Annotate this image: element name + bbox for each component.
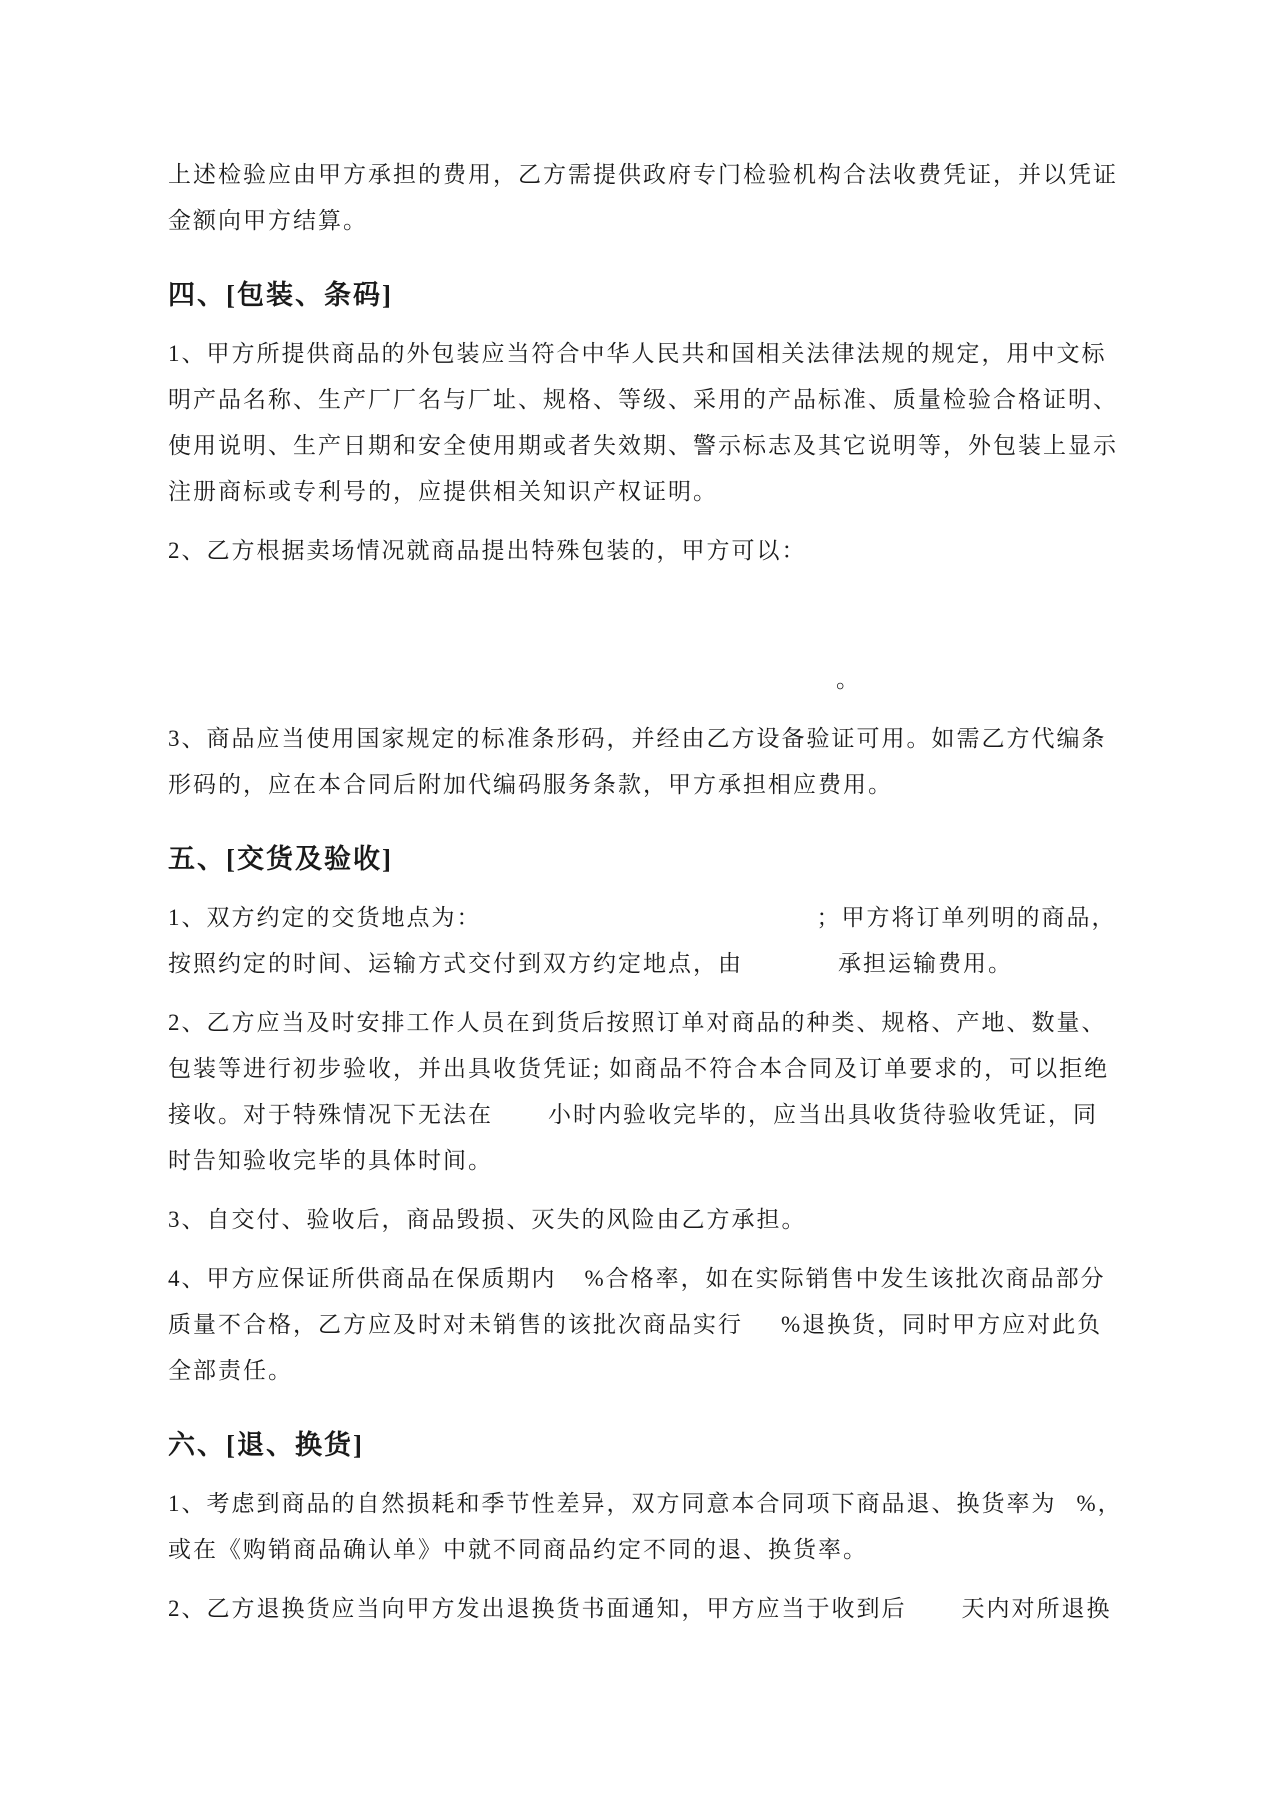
text-segment: 1、考虑到商品的自然损耗和季节性差异，双方同意本合同项下商品退、换货率为 — [168, 1491, 1057, 1516]
text-line: 2、乙方应当及时安排工作人员在到货后按照订单对商品的种类、规格、产地、数量、 — [168, 1000, 1113, 1046]
fill-in-blank — [907, 1615, 962, 1616]
text-segment: 按照约定的时间、运输方式交付到双方约定地点，由 — [168, 951, 743, 976]
text-segment: 金额向甲方结算。 — [168, 208, 368, 233]
text-segment: ；甲方将订单列明的商品， — [817, 905, 1117, 930]
text-line: 1、双方约定的交货地点为：；甲方将订单列明的商品， — [168, 895, 1113, 941]
text-segment: 全部责任。 — [168, 1358, 293, 1383]
text-segment: 时告知验收完毕的具体时间。 — [168, 1148, 493, 1173]
fill-in-blank — [1057, 1510, 1077, 1511]
text-segment: 4、甲方应保证所供商品在保质期内 — [168, 1266, 557, 1291]
text-line: 金额向甲方结算。 — [168, 198, 1113, 244]
paragraph: 3、商品应当使用国家规定的标准条形码，并经由乙方设备验证可用。如需乙方代编条形码… — [168, 716, 1113, 808]
text-segment: %合格率，如在实际销售中发生该批次商品部分 — [585, 1266, 1106, 1291]
fill-in-blank — [743, 1331, 781, 1332]
text-line: 4、甲方应保证所供商品在保质期内%合格率，如在实际销售中发生该批次商品部分 — [168, 1256, 1113, 1302]
text-segment: %， — [1077, 1491, 1123, 1516]
text-line: 1、甲方所提供商品的外包装应当符合中华人民共和国相关法律法规的规定，用中文标 — [168, 331, 1113, 377]
paragraph: 4、甲方应保证所供商品在保质期内%合格率，如在实际销售中发生该批次商品部分质量不… — [168, 1256, 1113, 1394]
fill-in-blank — [493, 1121, 548, 1122]
text-segment: 2、乙方应当及时安排工作人员在到货后按照订单对商品的种类、规格、产地、数量、 — [168, 1010, 1107, 1035]
paragraph: 上述检验应由甲方承担的费用，乙方需提供政府专门检验机构合法收费凭证，并以凭证金额… — [168, 152, 1113, 244]
text-segment: 使用说明、生产日期和安全使用期或者失效期、警示标志及其它说明等，外包装上显示 — [168, 433, 1118, 458]
text-line: 2、乙方根据卖场情况就商品提出特殊包装的，甲方可以： — [168, 528, 1113, 574]
text-line: 3、商品应当使用国家规定的标准条形码，并经由乙方设备验证可用。如需乙方代编条 — [168, 716, 1113, 762]
text-line: 接收。对于特殊情况下无法在小时内验收完毕的，应当出具收货待验收凭证，同 — [168, 1092, 1113, 1138]
fill-in-blank — [557, 1285, 585, 1286]
text-segment: 3、商品应当使用国家规定的标准条形码，并经由乙方设备验证可用。如需乙方代编条 — [168, 726, 1107, 751]
text-segment: 明产品名称、生产厂厂名与厂址、规格、等级、采用的产品标准、质量检验合格证明、 — [168, 387, 1118, 412]
text-line: 或在《购销商品确认单》中就不同商品约定不同的退、换货率。 — [168, 1527, 1113, 1573]
fill-in-blank-area: 。 — [168, 587, 1113, 703]
text-line: 质量不合格，乙方应及时对未销售的该批次商品实行%退换货，同时甲方应对此负 — [168, 1302, 1113, 1348]
text-segment: 承担运输费用。 — [838, 951, 1013, 976]
text-segment: 天内对所退换 — [962, 1596, 1112, 1621]
text-line: 3、自交付、验收后，商品毁损、灭失的风险由乙方承担。 — [168, 1197, 1113, 1243]
text-segment: 2、乙方退换货应当向甲方发出退换货书面通知，甲方应当于收到后 — [168, 1596, 907, 1621]
contract-page: 上述检验应由甲方承担的费用，乙方需提供政府专门检验机构合法收费凭证，并以凭证金额… — [0, 0, 1280, 1810]
text-line: 形码的，应在本合同后附加代编码服务条款，甲方承担相应费用。 — [168, 762, 1113, 808]
text-line: 上述检验应由甲方承担的费用，乙方需提供政府专门检验机构合法收费凭证，并以凭证 — [168, 152, 1113, 198]
text-segment: %退换货，同时甲方应对此负 — [781, 1312, 1102, 1337]
text-segment: 1、甲方所提供商品的外包装应当符合中华人民共和国相关法律法规的规定，用中文标 — [168, 341, 1107, 366]
text-segment: 2、乙方根据卖场情况就商品提出特殊包装的，甲方可以： — [168, 538, 807, 563]
period-mark: 。 — [836, 657, 861, 703]
paragraph: 1、甲方所提供商品的外包装应当符合中华人民共和国相关法律法规的规定，用中文标明产… — [168, 331, 1113, 515]
text-segment: 或在《购销商品确认单》中就不同商品约定不同的退、换货率。 — [168, 1537, 868, 1562]
text-segment: 小时内验收完毕的，应当出具收货待验收凭证，同 — [548, 1102, 1098, 1127]
text-segment: 上述检验应由甲方承担的费用，乙方需提供政府专门检验机构合法收费凭证，并以凭证 — [168, 162, 1118, 187]
text-segment: 1、双方约定的交货地点为： — [168, 905, 482, 930]
paragraph: 1、考虑到商品的自然损耗和季节性差异，双方同意本合同项下商品退、换货率为%，或在… — [168, 1481, 1113, 1573]
text-segment: 包装等进行初步验收，并出具收货凭证; 如商品不符合本合同及订单要求的，可以拒绝 — [168, 1056, 1109, 1081]
fill-in-blank — [743, 970, 838, 971]
section-heading: 四、[包装、条码] — [168, 272, 1113, 318]
text-line: 时告知验收完毕的具体时间。 — [168, 1138, 1113, 1184]
text-segment: 质量不合格，乙方应及时对未销售的该批次商品实行 — [168, 1312, 743, 1337]
text-line: 包装等进行初步验收，并出具收货凭证; 如商品不符合本合同及订单要求的，可以拒绝 — [168, 1046, 1113, 1092]
fill-in-blank — [482, 924, 817, 925]
section-heading: 五、[交货及验收] — [168, 836, 1113, 882]
text-line: 使用说明、生产日期和安全使用期或者失效期、警示标志及其它说明等，外包装上显示 — [168, 423, 1113, 469]
paragraph: 3、自交付、验收后，商品毁损、灭失的风险由乙方承担。 — [168, 1197, 1113, 1243]
paragraph: 2、乙方退换货应当向甲方发出退换货书面通知，甲方应当于收到后天内对所退换 — [168, 1586, 1113, 1632]
paragraph: 2、乙方应当及时安排工作人员在到货后按照订单对商品的种类、规格、产地、数量、包装… — [168, 1000, 1113, 1184]
text-line: 1、考虑到商品的自然损耗和季节性差异，双方同意本合同项下商品退、换货率为%， — [168, 1481, 1113, 1527]
text-segment: 接收。对于特殊情况下无法在 — [168, 1102, 493, 1127]
paragraph: 2、乙方根据卖场情况就商品提出特殊包装的，甲方可以： — [168, 528, 1113, 574]
text-line: 按照约定的时间、运输方式交付到双方约定地点，由承担运输费用。 — [168, 941, 1113, 987]
text-line: 2、乙方退换货应当向甲方发出退换货书面通知，甲方应当于收到后天内对所退换 — [168, 1586, 1113, 1632]
text-segment: 3、自交付、验收后，商品毁损、灭失的风险由乙方承担。 — [168, 1207, 807, 1232]
text-line: 注册商标或专利号的，应提供相关知识产权证明。 — [168, 469, 1113, 515]
text-segment: 形码的，应在本合同后附加代编码服务条款，甲方承担相应费用。 — [168, 772, 893, 797]
text-segment: 注册商标或专利号的，应提供相关知识产权证明。 — [168, 479, 718, 504]
text-line: 明产品名称、生产厂厂名与厂址、规格、等级、采用的产品标准、质量检验合格证明、 — [168, 377, 1113, 423]
document-body: 上述检验应由甲方承担的费用，乙方需提供政府专门检验机构合法收费凭证，并以凭证金额… — [168, 152, 1113, 1645]
text-line: 全部责任。 — [168, 1348, 1113, 1394]
paragraph: 1、双方约定的交货地点为：；甲方将订单列明的商品，按照约定的时间、运输方式交付到… — [168, 895, 1113, 987]
section-heading: 六、[退、换货] — [168, 1422, 1113, 1468]
